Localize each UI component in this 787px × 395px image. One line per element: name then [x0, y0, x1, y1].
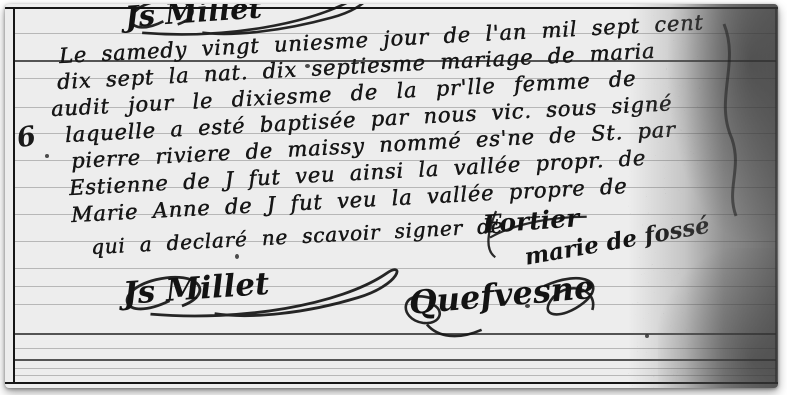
signature-top-millet: Js Millet: [124, 4, 263, 34]
ink-blot: [305, 64, 310, 68]
document-scan: 6 Le samedy vingt uniesme jour de l'an m…: [5, 4, 778, 388]
signature-fortier: Fortier: [482, 203, 580, 239]
frame-line-left: [13, 7, 15, 384]
binding-dark-blotch-top: [668, 4, 778, 239]
margin-entry-number: 6: [14, 121, 38, 155]
page-background: 6 Le samedy vingt uniesme jour de l'an m…: [0, 0, 787, 395]
binding-dark-blotch-bottom: [658, 248, 778, 388]
ink-blot: [235, 254, 239, 259]
signature-quefvesne: Quefvesne: [407, 268, 595, 322]
ink-blot: [525, 304, 530, 308]
ink-blot: [45, 154, 49, 158]
signature-bottom-millet: Js Millet: [122, 266, 271, 312]
